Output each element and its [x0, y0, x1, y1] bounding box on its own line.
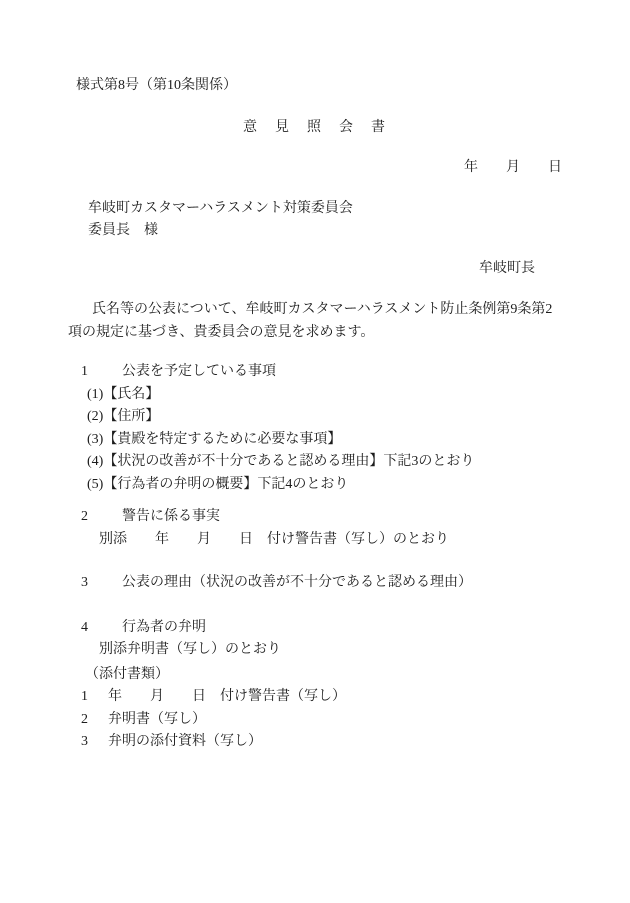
section-1-heading-text: 公表を予定している事項 [122, 361, 276, 384]
attachments-block: （添付書類） 1 年 月 日 付け警告書（写し） 2 弁明書（写し） 3 弁明の… [68, 664, 562, 754]
section-1-items: (1)【氏名】 (2)【住所】 (3)【貴殿を特定するために必要な事項】 (4)… [68, 384, 562, 497]
section-4-subline: 別添弁明書（写し）のとおり [68, 639, 562, 662]
section-3-heading: 3 公表の理由（状況の改善が不十分であると認める理由） [68, 572, 562, 595]
sender-mayor: 牟岐町長 [68, 258, 562, 281]
section-4: 4 行為者の弁明 別添弁明書（写し）のとおり [68, 617, 562, 662]
document-page: 様式第8号（第10条関係） 意 見 照 会 書 年 月 日 牟岐町カスタマーハラ… [0, 0, 630, 903]
section-4-number: 4 [81, 617, 122, 640]
section-2-number: 2 [81, 506, 122, 529]
attachment-2-number: 2 [81, 709, 108, 732]
attachment-3-number: 3 [81, 731, 108, 754]
section-4-heading-text: 行為者の弁明 [122, 617, 206, 640]
section-2: 2 警告に係る事実 別添 年 月 日 付け警告書（写し）のとおり [68, 506, 562, 551]
section-2-heading: 2 警告に係る事実 [68, 506, 562, 529]
section-3-heading-text: 公表の理由（状況の改善が不十分であると認める理由） [122, 572, 472, 595]
section-3-number: 3 [81, 572, 122, 595]
section-1-item-2: (2)【住所】 [87, 406, 562, 429]
body-line-1: 氏名等の公表について、牟岐町カスタマーハラスメント防止条例第9条第2 [68, 299, 562, 322]
attachment-item-3: 3 弁明の添付資料（写し） [68, 731, 562, 754]
attachment-1-number: 1 [81, 686, 108, 709]
section-1-heading: 1 公表を予定している事項 [68, 361, 562, 384]
section-1-item-1: (1)【氏名】 [87, 384, 562, 407]
body-paragraph: 氏名等の公表について、牟岐町カスタマーハラスメント防止条例第9条第2 項の規定に… [68, 299, 562, 344]
section-1: 1 公表を予定している事項 (1)【氏名】 (2)【住所】 (3)【貴殿を特定す… [68, 361, 562, 496]
section-1-number: 1 [81, 361, 122, 384]
date-line: 年 月 日 [68, 157, 562, 180]
attachment-item-2: 2 弁明書（写し） [68, 709, 562, 732]
document-title: 意 見 照 会 書 [68, 117, 562, 140]
attachment-1-text: 年 月 日 付け警告書（写し） [108, 686, 346, 709]
attachments-label: （添付書類） [68, 664, 562, 687]
section-1-item-5: (5)【行為者の弁明の概要】下記4のとおり [87, 474, 562, 497]
attachment-item-1: 1 年 月 日 付け警告書（写し） [68, 686, 562, 709]
section-4-heading: 4 行為者の弁明 [68, 617, 562, 640]
addressee-block: 牟岐町カスタマーハラスメント対策委員会 委員長 様 [68, 198, 562, 243]
addressee-chairperson: 委員長 様 [88, 220, 562, 243]
section-3: 3 公表の理由（状況の改善が不十分であると認める理由） [68, 572, 562, 595]
attachment-2-text: 弁明書（写し） [108, 709, 206, 732]
section-1-item-3: (3)【貴殿を特定するために必要な事項】 [87, 429, 562, 452]
section-2-heading-text: 警告に係る事実 [122, 506, 220, 529]
section-1-item-4: (4)【状況の改善が不十分であると認める理由】下記3のとおり [87, 451, 562, 474]
section-2-subline: 別添 年 月 日 付け警告書（写し）のとおり [68, 529, 562, 552]
attachment-3-text: 弁明の添付資料（写し） [108, 731, 262, 754]
form-number: 様式第8号（第10条関係） [68, 75, 562, 98]
body-line-2: 項の規定に基づき、貴委員会の意見を求めます。 [68, 322, 562, 345]
addressee-committee: 牟岐町カスタマーハラスメント対策委員会 [88, 198, 562, 221]
